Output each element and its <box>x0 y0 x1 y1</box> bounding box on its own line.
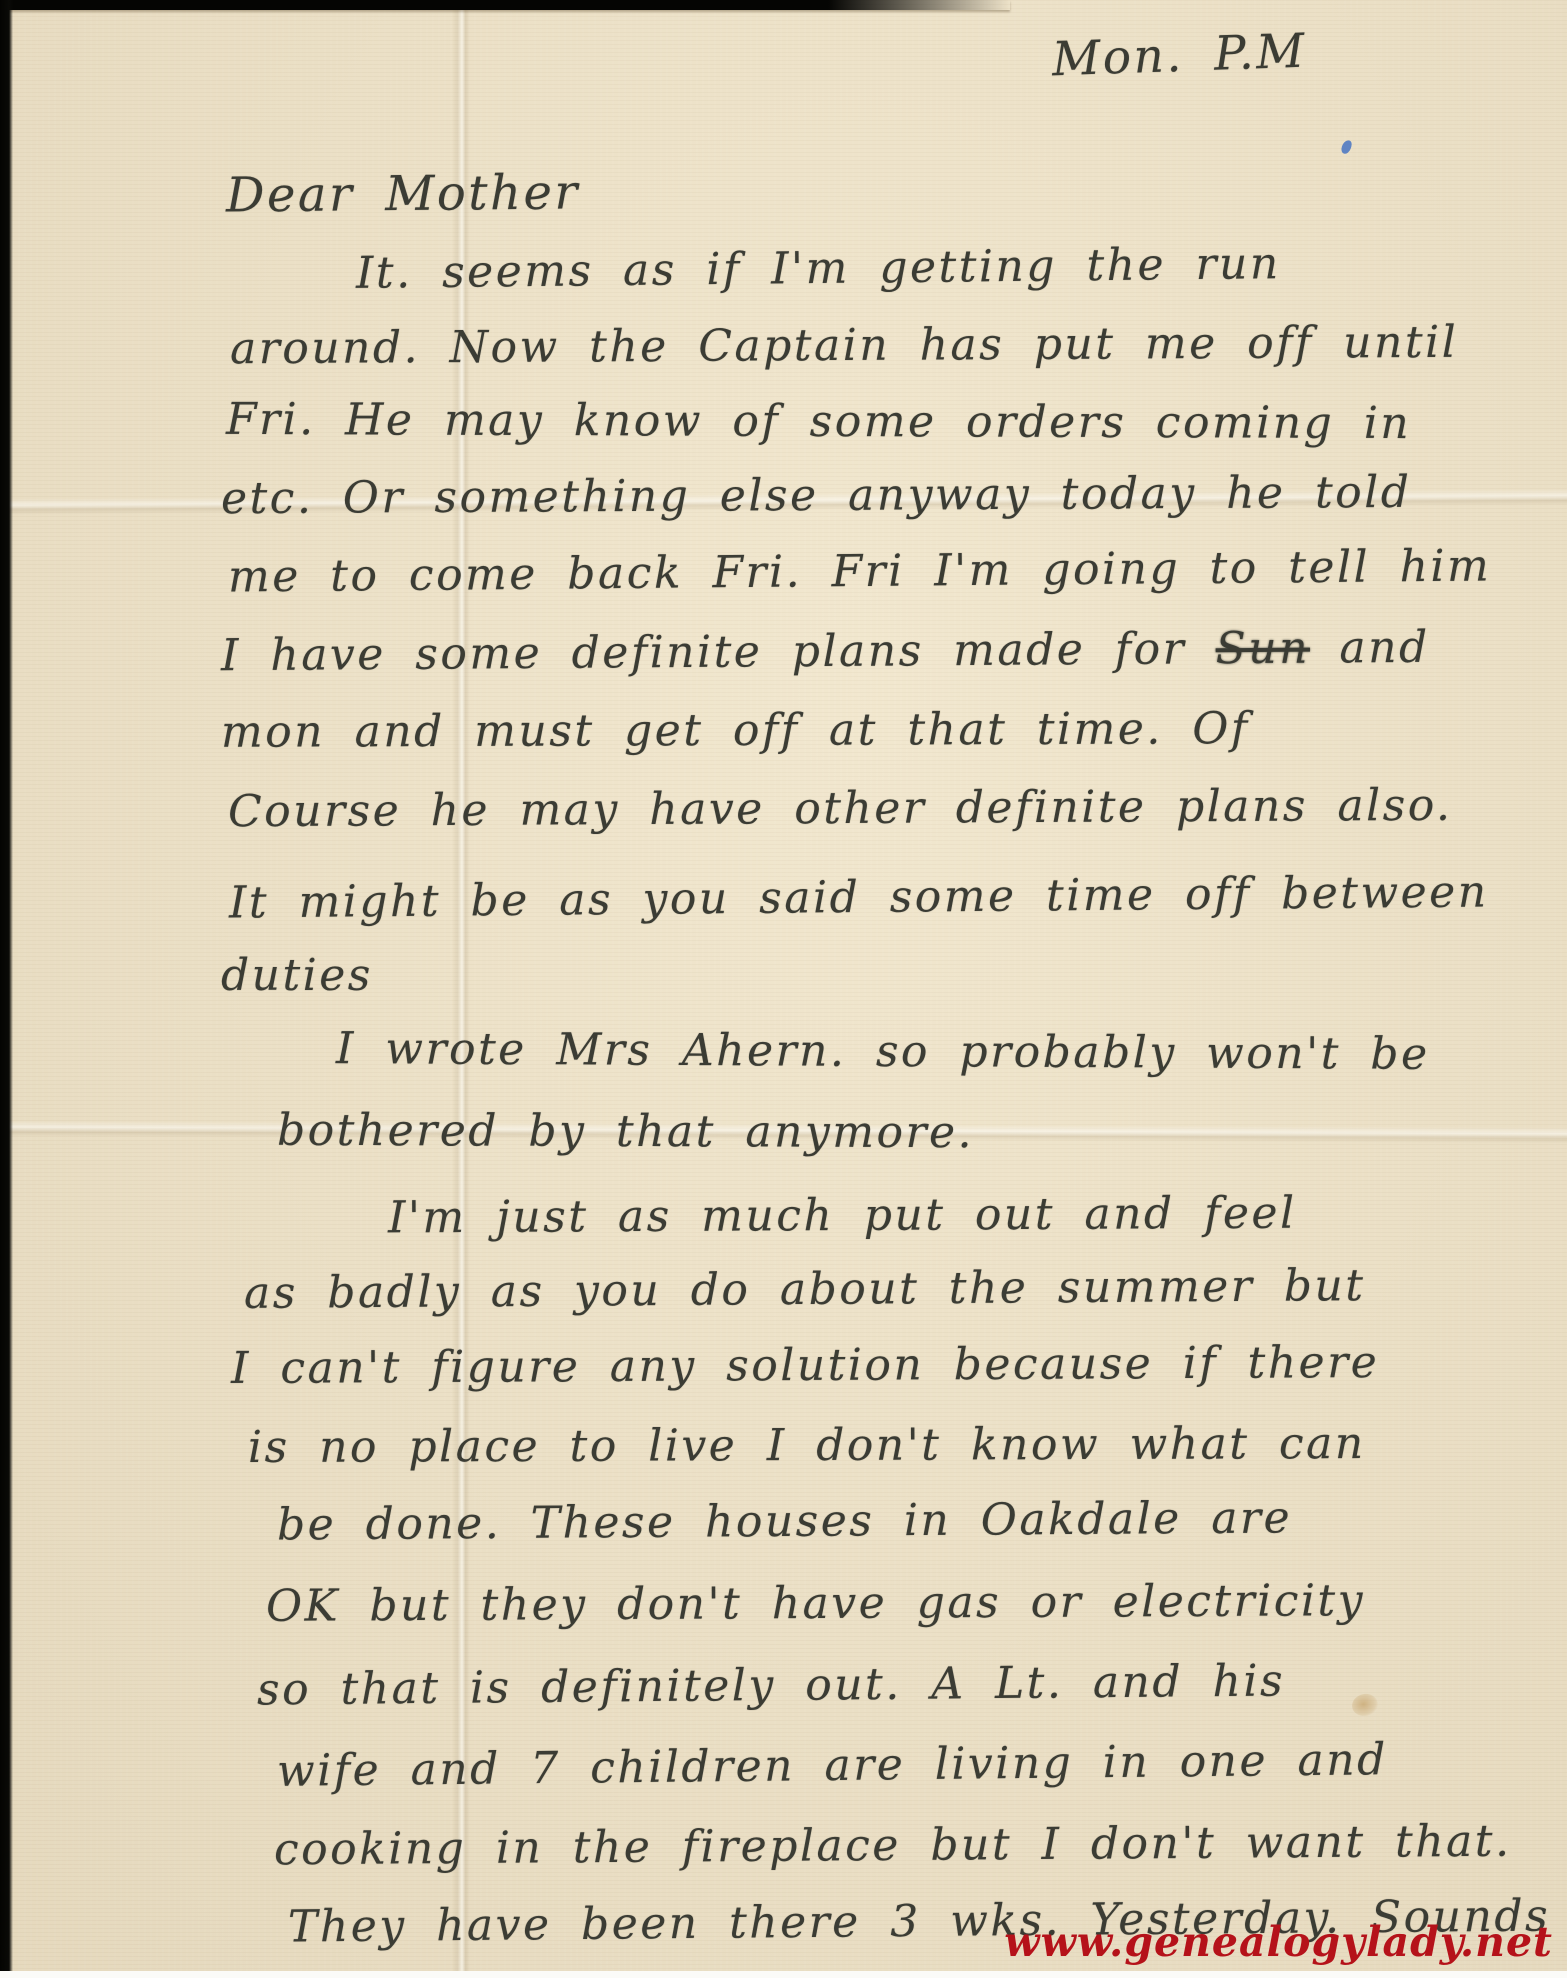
letter-text: and <box>1310 622 1430 674</box>
letter-line: so that is definitely out. A Lt. and his <box>257 1656 1285 1716</box>
blue-ink-speck <box>1340 139 1353 155</box>
letter-line: as badly as you do about the summer but <box>244 1260 1366 1319</box>
letter-line: cooking in the fireplace but I don't wan… <box>274 1816 1512 1876</box>
scan-background: Mon. P.MDear MotherIt. seems as if I'm g… <box>0 0 1567 1978</box>
letter-line: around. Now the Captain has put me off u… <box>230 317 1458 374</box>
letter-line: Course he may have other definite plans … <box>228 780 1453 837</box>
letter-line: duties <box>221 950 373 1001</box>
letter-line: is no place to live I don't know what ca… <box>248 1418 1366 1473</box>
letter-line: OK but they don't have gas or electricit… <box>266 1575 1365 1632</box>
scanner-edge-left <box>0 0 13 1971</box>
letter-line: wife and 7 children are living in one an… <box>277 1734 1388 1797</box>
letter-line: etc. Or something else anyway today he t… <box>221 467 1412 524</box>
letter-line: bothered by that anymore. <box>277 1105 974 1158</box>
letter-line: Fri. He may know of some orders coming i… <box>226 394 1411 449</box>
watermark-url: www.genealogylady.net <box>1004 1918 1553 1966</box>
salutation: Dear Mother <box>226 164 580 223</box>
paper-stain <box>1350 1692 1380 1719</box>
letter-line: It. seems as if I'm getting the run <box>356 238 1281 299</box>
letter-line: be done. These houses in Oakdale are <box>277 1492 1292 1550</box>
date-line: Mon. P.M <box>1051 24 1308 88</box>
letter-line: I wrote Mrs Ahern. so probably won't be <box>336 1023 1430 1080</box>
letter-line: mon and must get off at that time. Of <box>221 703 1250 758</box>
letter-line: I can't figure any solution because if t… <box>231 1337 1379 1394</box>
letter-paper: Mon. P.MDear MotherIt. seems as if I'm g… <box>0 0 1567 1971</box>
scan-bottom-strip <box>0 1971 1567 1978</box>
strikethrough-word: Sun <box>1215 623 1310 675</box>
letter-line: me to come back Fri. Fri I'm going to te… <box>228 540 1492 602</box>
letter-line: I'm just as much put out and feel <box>388 1188 1297 1244</box>
scanner-edge-top <box>0 0 1010 10</box>
letter-line: I have some definite plans made for Sun … <box>221 622 1430 681</box>
letter-text: I have some definite plans made for <box>221 623 1216 681</box>
letter-line: It might be as you said some time off be… <box>229 867 1489 929</box>
